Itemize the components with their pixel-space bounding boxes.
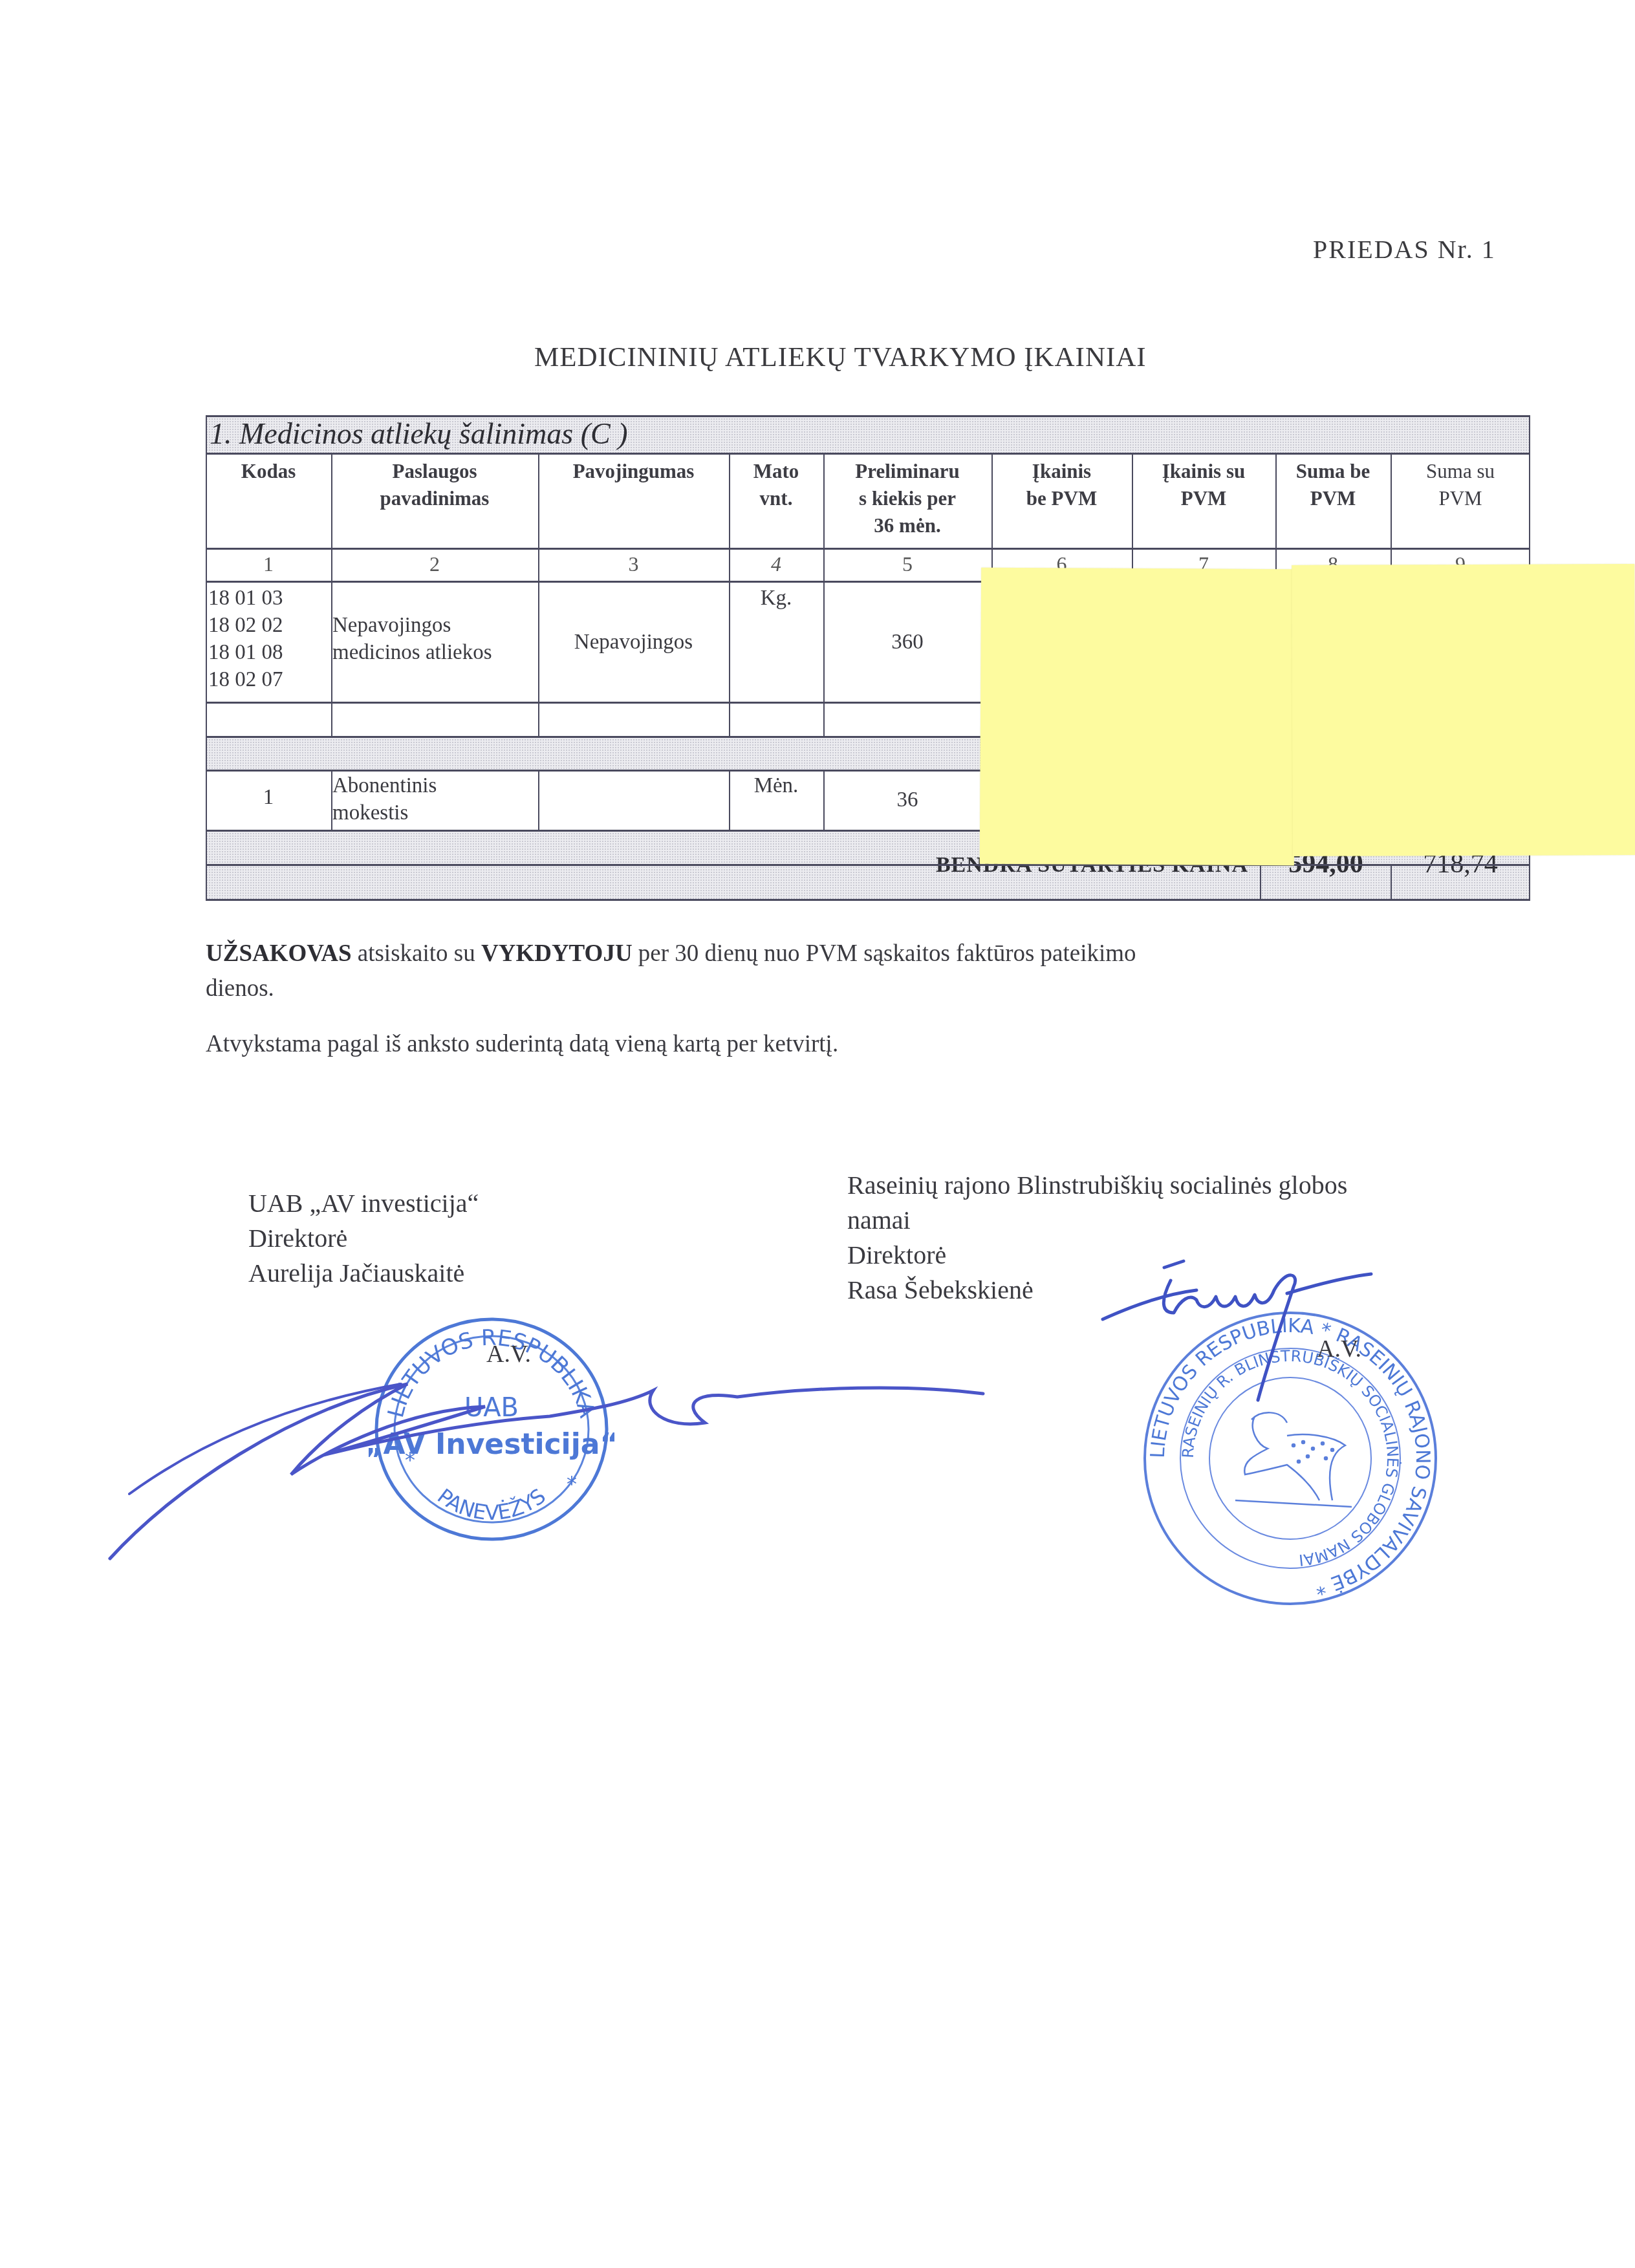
row1-hazard: Nepavojingos <box>538 629 729 661</box>
col-divider <box>1275 453 1277 582</box>
row1-quantity: 360 <box>823 629 991 661</box>
col-header-code: Kodas <box>206 453 331 548</box>
contractor-signature-icon <box>97 1345 1002 1571</box>
sticky-note-right <box>1292 564 1635 856</box>
table-rule <box>206 899 1530 901</box>
table-rule <box>206 548 1530 550</box>
col-header-price-no-vat: Įkainis be PVM <box>991 453 1132 548</box>
payment-terms: UŽSAKOVAS atsiskaito su VYKDYTOJU per 30… <box>206 936 1532 1006</box>
lynx-emblem-icon <box>1235 1412 1352 1507</box>
row2-code: 1 <box>206 784 331 816</box>
col-divider <box>1391 453 1392 582</box>
col-number-1: 1 <box>206 548 331 581</box>
row2-hazard <box>538 784 729 816</box>
col-number-3: 3 <box>538 548 729 581</box>
col-divider <box>538 702 539 737</box>
col-number-5: 5 <box>823 548 991 581</box>
col-divider <box>331 702 332 737</box>
col-header-sum-vat: Suma su PVM <box>1391 453 1530 548</box>
table-rule <box>206 864 1530 866</box>
contractor-term: VYKDYTOJU <box>481 940 633 967</box>
col-divider <box>538 770 539 830</box>
col-divider <box>729 453 730 737</box>
customer-term: UŽSAKOVAS <box>206 940 352 967</box>
col-number-4: 4 <box>729 548 823 581</box>
col-divider <box>823 453 825 737</box>
col-divider <box>1391 864 1392 900</box>
table-rule <box>206 770 991 772</box>
col-divider <box>331 453 332 702</box>
contractor-signature-block: UAB „AV investicija“ Direktorė Aurelija … <box>248 1186 479 1291</box>
col-divider <box>538 453 539 702</box>
col-header-service: Paslaugos pavadinimas <box>331 453 538 548</box>
col-divider <box>1260 864 1261 900</box>
row2-service: Abonentinis mokestis <box>332 772 539 830</box>
document-title: MEDICININIŲ ATLIEKŲ TVARKYMO ĮKAINIAI <box>534 341 1147 373</box>
row1-unit: Kg. <box>729 585 823 617</box>
contractor-company: UAB „AV investicija“ <box>248 1186 479 1221</box>
col-divider <box>823 770 825 830</box>
visit-schedule: Atvykstama pagal iš anksto suderintą dat… <box>206 1027 1532 1062</box>
row1-codes: 18 01 03 18 02 02 18 01 08 18 02 07 <box>206 585 331 701</box>
sticky-note-left <box>980 568 1295 866</box>
col-header-sum-no-vat: Suma be PVM <box>1275 453 1391 548</box>
customer-org-line2: namai <box>847 1203 1347 1238</box>
row2-unit: Mėn. <box>729 772 823 805</box>
table-rule <box>206 830 991 832</box>
col-header-price-vat: Įkainis su PVM <box>1132 453 1275 548</box>
row1-service: Nepavojingos medicinos atliekos <box>332 612 539 676</box>
col-header-hazard: Pavojingumas <box>538 453 729 548</box>
contractor-name: Aurelija Jačiauskaitė <box>248 1256 479 1291</box>
section-title: 1. Medicinos atliekų šalinimas (C ) <box>210 416 627 451</box>
table-rule <box>206 415 1530 417</box>
col-divider <box>729 770 730 830</box>
row2-quantity: 36 <box>823 786 991 819</box>
customer-org-line1: Raseinių rajono Blinstrubiškių socialinė… <box>847 1168 1347 1203</box>
col-divider <box>1132 453 1133 582</box>
contractor-position: Direktorė <box>248 1221 479 1256</box>
table-rule <box>206 453 1530 455</box>
col-divider <box>331 770 332 830</box>
annex-number: PRIEDAS Nr. 1 <box>1313 234 1496 265</box>
table-rule <box>206 736 991 738</box>
col-header-unit: Mato vnt. <box>729 453 823 548</box>
col-number-2: 2 <box>331 548 538 581</box>
customer-signature-icon <box>1099 1248 1423 1416</box>
col-divider <box>991 453 993 582</box>
table-rule <box>206 702 991 704</box>
col-header-quantity: Preliminaru s kiekis per 36 mėn. <box>823 453 991 548</box>
table-border <box>206 415 207 900</box>
